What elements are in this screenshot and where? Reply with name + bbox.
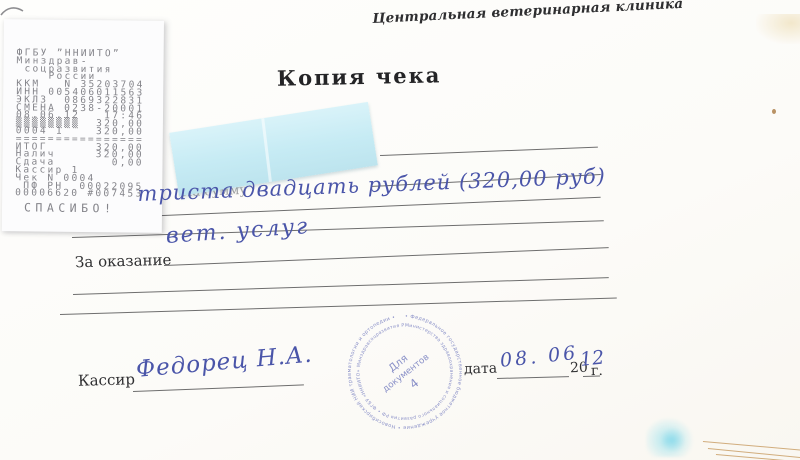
- corner-tint: [756, 14, 800, 44]
- cashier-signature: Федорец Н.А.: [135, 342, 314, 383]
- handwritten-year: 12: [579, 346, 605, 370]
- document-title: Копия чека: [277, 62, 442, 90]
- pen-mark: [0, 2, 30, 22]
- sticky-note-fold: [262, 118, 273, 182]
- form-line-cashier: [133, 384, 304, 392]
- scanned-receipt-page: Центральная ветеринарная клиника Копия ч…: [0, 0, 800, 460]
- service-label: За оказание: [75, 251, 172, 272]
- handwritten-service: вет. услуг: [165, 214, 310, 249]
- cyan-smudge: [660, 428, 686, 452]
- stamp-center-number: 4: [407, 376, 422, 392]
- form-line-service: [164, 247, 609, 266]
- form-line: [73, 277, 609, 295]
- form-line-date: [497, 376, 569, 379]
- round-stamp: • Федеральное государственное бюджетное …: [336, 303, 474, 441]
- cashier-label: Кассир: [78, 370, 135, 389]
- handwritten-date: 08. 06: [499, 342, 579, 372]
- form-line: [380, 147, 598, 156]
- dust-speck: [772, 109, 776, 114]
- clinic-name-header: Центральная ветеринарная клиника: [372, 0, 684, 27]
